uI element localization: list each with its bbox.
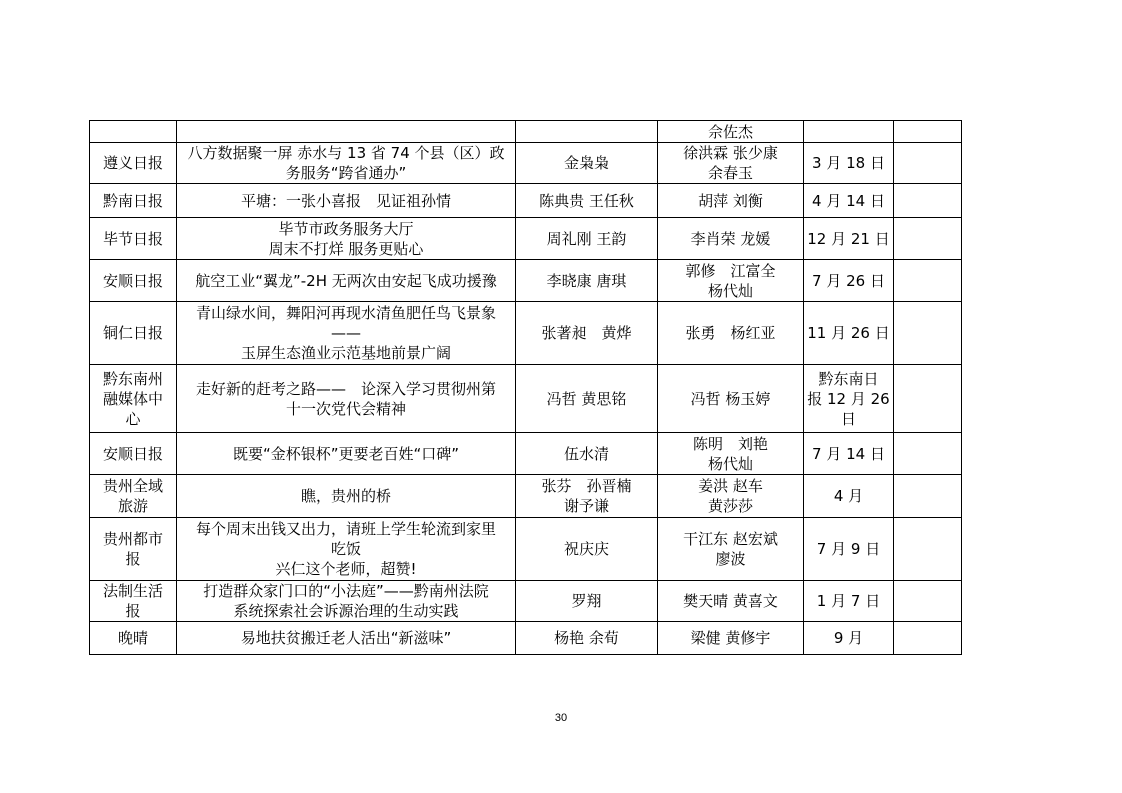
title-cell: 打造群众家门口的“小法庭”——黔南州法院系统探索社会诉源治理的生动实践 [177, 581, 516, 622]
date-cell-line: 报 12 月 26 [807, 389, 890, 409]
table-row: 黔东南州融媒体中心走好新的赶考之路—— 论深入学习贯彻州第十一次党代会精神冯哲 … [90, 365, 962, 433]
outlet-cell-line: 铜仁日报 [93, 323, 173, 343]
title-cell-line: 吃饭 [180, 539, 512, 559]
date-cell [804, 121, 894, 143]
outlet-cell-line: 毕节日报 [93, 229, 173, 249]
title-cell: 青山绿水间，舞阳河再现水清鱼肥任鸟飞景象——玉屏生态渔业示范基地前景广阔 [177, 302, 516, 365]
date-cell: 11 月 26 日 [804, 302, 894, 365]
editors-cell: 姜洪 赵车黄莎莎 [658, 475, 804, 518]
outlet-cell-line: 心 [93, 409, 173, 429]
table-body: 佘佐杰遵义日报八方数据聚一屏 赤水与 13 省 74 个县（区）政务服务“跨省通… [90, 121, 962, 655]
authors-cell: 祝庆庆 [516, 518, 658, 581]
table-row: 黔南日报平塘：一张小喜报 见证祖孙情陈典贵 王任秋胡萍 刘衡4 月 14 日 [90, 184, 962, 218]
date-cell: 黔东南日报 12 月 26日 [804, 365, 894, 433]
title-cell: 既要“金杯银杯”更要老百姓“口碑” [177, 433, 516, 475]
table-row: 法制生活报打造群众家门口的“小法庭”——黔南州法院系统探索社会诉源治理的生动实践… [90, 581, 962, 622]
table-row: 毕节日报毕节市政务服务大厅周末不打烊 服务更贴心周礼刚 王韵李肖荣 龙媛12 月… [90, 218, 962, 260]
date-cell: 4 月 [804, 475, 894, 518]
date-cell: 7 月 9 日 [804, 518, 894, 581]
date-cell: 9 月 [804, 622, 894, 655]
editors-cell-line: 干江东 赵宏斌 [661, 529, 800, 549]
authors-cell-line: 谢予谦 [519, 496, 654, 516]
table-row: 贵州都市报每个周末出钱又出力，请班上学生轮流到家里吃饭兴仁这个老师，超赞!祝庆庆… [90, 518, 962, 581]
editors-cell: 郭修 江富全杨代灿 [658, 260, 804, 302]
authors-cell: 李晓康 唐琪 [516, 260, 658, 302]
editors-cell-line: 陈明 刘艳 [661, 434, 800, 454]
date-cell-line: 12 月 21 日 [807, 229, 890, 249]
authors-cell: 伍水清 [516, 433, 658, 475]
outlet-cell: 黔东南州融媒体中心 [90, 365, 177, 433]
authors-cell: 张著昶 黄烨 [516, 302, 658, 365]
authors-cell: 张芬 孙晋楠谢予谦 [516, 475, 658, 518]
title-cell: 平塘：一张小喜报 见证祖孙情 [177, 184, 516, 218]
editors-cell-line: 李肖荣 龙媛 [661, 229, 800, 249]
table-row: 晚晴易地扶贫搬迁老人活出“新滋味”杨艳 余荀梁健 黄修宇9 月 [90, 622, 962, 655]
title-cell-line: 系统探索社会诉源治理的生动实践 [180, 601, 512, 621]
authors-cell-line: 伍水清 [519, 444, 654, 464]
date-cell: 7 月 26 日 [804, 260, 894, 302]
editors-cell: 李肖荣 龙媛 [658, 218, 804, 260]
note-cell [894, 518, 962, 581]
authors-cell-line: 杨艳 余荀 [519, 628, 654, 648]
title-cell-line: —— [180, 323, 512, 343]
date-cell-line: 3 月 18 日 [807, 153, 890, 173]
date-cell-line: 4 月 14 日 [807, 191, 890, 211]
editors-cell-line: 黄莎莎 [661, 496, 800, 516]
document-page: 佘佐杰遵义日报八方数据聚一屏 赤水与 13 省 74 个县（区）政务服务“跨省通… [0, 0, 1122, 793]
outlet-cell-line: 融媒体中 [93, 389, 173, 409]
note-cell [894, 260, 962, 302]
authors-cell: 周礼刚 王韵 [516, 218, 658, 260]
outlet-cell: 晚晴 [90, 622, 177, 655]
table-row: 佘佐杰 [90, 121, 962, 143]
outlet-cell: 安顺日报 [90, 433, 177, 475]
title-cell-line: 易地扶贫搬迁老人活出“新滋味” [180, 628, 512, 648]
editors-cell: 樊天晴 黄喜文 [658, 581, 804, 622]
outlet-cell-line: 报 [93, 601, 173, 621]
date-cell-line: 1 月 7 日 [807, 591, 890, 611]
title-cell-line: 周末不打烊 服务更贴心 [180, 239, 512, 259]
editors-cell: 陈明 刘艳杨代灿 [658, 433, 804, 475]
outlet-cell-line: 安顺日报 [93, 444, 173, 464]
date-cell-line: 7 月 26 日 [807, 271, 890, 291]
editors-cell-line: 姜洪 赵车 [661, 476, 800, 496]
title-cell-line: 毕节市政务服务大厅 [180, 219, 512, 239]
authors-cell-line: 祝庆庆 [519, 539, 654, 559]
authors-cell-line: 李晓康 唐琪 [519, 271, 654, 291]
title-cell-line: 打造群众家门口的“小法庭”——黔南州法院 [180, 581, 512, 601]
date-cell-line: 黔东南日 [807, 369, 890, 389]
editors-cell-line: 梁健 黄修宇 [661, 628, 800, 648]
editors-cell-line: 杨代灿 [661, 281, 800, 301]
title-cell-line: 平塘：一张小喜报 见证祖孙情 [180, 191, 512, 211]
outlet-cell: 铜仁日报 [90, 302, 177, 365]
title-cell: 毕节市政务服务大厅周末不打烊 服务更贴心 [177, 218, 516, 260]
outlet-cell: 遵义日报 [90, 143, 177, 184]
authors-cell-line: 罗翔 [519, 591, 654, 611]
outlet-cell-line: 法制生活 [93, 581, 173, 601]
title-cell-line: 玉屏生态渔业示范基地前景广阔 [180, 343, 512, 363]
authors-cell: 罗翔 [516, 581, 658, 622]
editors-cell: 徐洪霖 张少康余春玉 [658, 143, 804, 184]
note-cell [894, 581, 962, 622]
note-cell [894, 622, 962, 655]
date-cell-line: 4 月 [807, 486, 890, 506]
title-cell: 走好新的赶考之路—— 论深入学习贯彻州第十一次党代会精神 [177, 365, 516, 433]
outlet-cell-line: 安顺日报 [93, 271, 173, 291]
title-cell-line: 航空工业“翼龙”-2H 无两次由安起飞成功援豫 [180, 271, 512, 291]
outlet-cell-line: 旅游 [93, 496, 173, 516]
table-row: 遵义日报八方数据聚一屏 赤水与 13 省 74 个县（区）政务服务“跨省通办”金… [90, 143, 962, 184]
outlet-cell: 安顺日报 [90, 260, 177, 302]
title-cell-line: 务服务“跨省通办” [180, 163, 512, 183]
editors-cell-line: 杨代灿 [661, 454, 800, 474]
table-row: 铜仁日报青山绿水间，舞阳河再现水清鱼肥任鸟飞景象——玉屏生态渔业示范基地前景广阔… [90, 302, 962, 365]
outlet-cell-line: 贵州都市 [93, 529, 173, 549]
note-cell [894, 302, 962, 365]
table-row: 安顺日报航空工业“翼龙”-2H 无两次由安起飞成功援豫李晓康 唐琪郭修 江富全杨… [90, 260, 962, 302]
authors-cell-line: 张芬 孙晋楠 [519, 476, 654, 496]
outlet-cell: 法制生活报 [90, 581, 177, 622]
outlet-cell-line: 黔南日报 [93, 191, 173, 211]
title-cell-line: 瞧，贵州的桥 [180, 486, 512, 506]
authors-cell: 冯哲 黄思铭 [516, 365, 658, 433]
outlet-cell-line: 报 [93, 549, 173, 569]
note-cell [894, 184, 962, 218]
editors-cell-line: 徐洪霖 张少康 [661, 143, 800, 163]
date-cell: 1 月 7 日 [804, 581, 894, 622]
outlet-cell: 黔南日报 [90, 184, 177, 218]
title-cell: 瞧，贵州的桥 [177, 475, 516, 518]
page-number: 30 [0, 712, 1122, 724]
title-cell-line: 兴仁这个老师，超赞! [180, 559, 512, 579]
date-cell: 7 月 14 日 [804, 433, 894, 475]
editors-cell: 冯哲 杨玉婷 [658, 365, 804, 433]
outlet-cell: 贵州全域旅游 [90, 475, 177, 518]
date-cell-line: 9 月 [807, 628, 890, 648]
outlet-cell-line: 黔东南州 [93, 369, 173, 389]
title-cell-line: 走好新的赶考之路—— 论深入学习贯彻州第 [180, 379, 512, 399]
editors-cell-line: 樊天晴 黄喜文 [661, 591, 800, 611]
title-cell: 航空工业“翼龙”-2H 无两次由安起飞成功援豫 [177, 260, 516, 302]
editors-cell: 张勇 杨红亚 [658, 302, 804, 365]
editors-cell-line: 张勇 杨红亚 [661, 323, 800, 343]
date-cell-line: 7 月 9 日 [807, 539, 890, 559]
outlet-cell: 贵州都市报 [90, 518, 177, 581]
outlet-cell-line: 遵义日报 [93, 153, 173, 173]
authors-cell-line: 冯哲 黄思铭 [519, 389, 654, 409]
editors-cell-line: 冯哲 杨玉婷 [661, 389, 800, 409]
note-cell [894, 143, 962, 184]
outlet-cell-line: 晚晴 [93, 628, 173, 648]
title-cell-line: 青山绿水间，舞阳河再现水清鱼肥任鸟飞景象 [180, 303, 512, 323]
editors-cell: 干江东 赵宏斌廖波 [658, 518, 804, 581]
authors-cell [516, 121, 658, 143]
title-cell-line: 十一次党代会精神 [180, 399, 512, 419]
title-cell: 易地扶贫搬迁老人活出“新滋味” [177, 622, 516, 655]
title-cell: 八方数据聚一屏 赤水与 13 省 74 个县（区）政务服务“跨省通办” [177, 143, 516, 184]
date-cell-line: 日 [807, 409, 890, 429]
authors-cell: 陈典贵 王任秋 [516, 184, 658, 218]
editors-cell: 胡萍 刘衡 [658, 184, 804, 218]
title-cell-line: 八方数据聚一屏 赤水与 13 省 74 个县（区）政 [180, 143, 512, 163]
authors-cell-line: 陈典贵 王任秋 [519, 191, 654, 211]
title-cell [177, 121, 516, 143]
outlet-cell-line: 贵州全域 [93, 476, 173, 496]
note-cell [894, 433, 962, 475]
note-cell [894, 121, 962, 143]
authors-cell-line: 金枭枭 [519, 153, 654, 173]
note-cell [894, 218, 962, 260]
date-cell: 12 月 21 日 [804, 218, 894, 260]
editors-cell: 梁健 黄修宇 [658, 622, 804, 655]
date-cell: 3 月 18 日 [804, 143, 894, 184]
editors-cell: 佘佐杰 [658, 121, 804, 143]
note-cell [894, 475, 962, 518]
editors-cell-line: 佘佐杰 [661, 122, 800, 142]
date-cell-line: 7 月 14 日 [807, 444, 890, 464]
authors-cell: 金枭枭 [516, 143, 658, 184]
note-cell [894, 365, 962, 433]
authors-cell-line: 周礼刚 王韵 [519, 229, 654, 249]
editors-cell-line: 余春玉 [661, 163, 800, 183]
title-cell-line: 既要“金杯银杯”更要老百姓“口碑” [180, 444, 512, 464]
title-cell: 每个周末出钱又出力，请班上学生轮流到家里吃饭兴仁这个老师，超赞! [177, 518, 516, 581]
outlet-cell: 毕节日报 [90, 218, 177, 260]
authors-cell-line: 张著昶 黄烨 [519, 323, 654, 343]
table-row: 安顺日报既要“金杯银杯”更要老百姓“口碑”伍水清陈明 刘艳杨代灿7 月 14 日 [90, 433, 962, 475]
title-cell-line: 每个周末出钱又出力，请班上学生轮流到家里 [180, 519, 512, 539]
authors-cell: 杨艳 余荀 [516, 622, 658, 655]
table-row: 贵州全域旅游瞧，贵州的桥张芬 孙晋楠谢予谦姜洪 赵车黄莎莎4 月 [90, 475, 962, 518]
editors-cell-line: 郭修 江富全 [661, 261, 800, 281]
awards-table: 佘佐杰遵义日报八方数据聚一屏 赤水与 13 省 74 个县（区）政务服务“跨省通… [89, 120, 962, 655]
date-cell-line: 11 月 26 日 [807, 323, 890, 343]
outlet-cell [90, 121, 177, 143]
editors-cell-line: 廖波 [661, 549, 800, 569]
editors-cell-line: 胡萍 刘衡 [661, 191, 800, 211]
date-cell: 4 月 14 日 [804, 184, 894, 218]
